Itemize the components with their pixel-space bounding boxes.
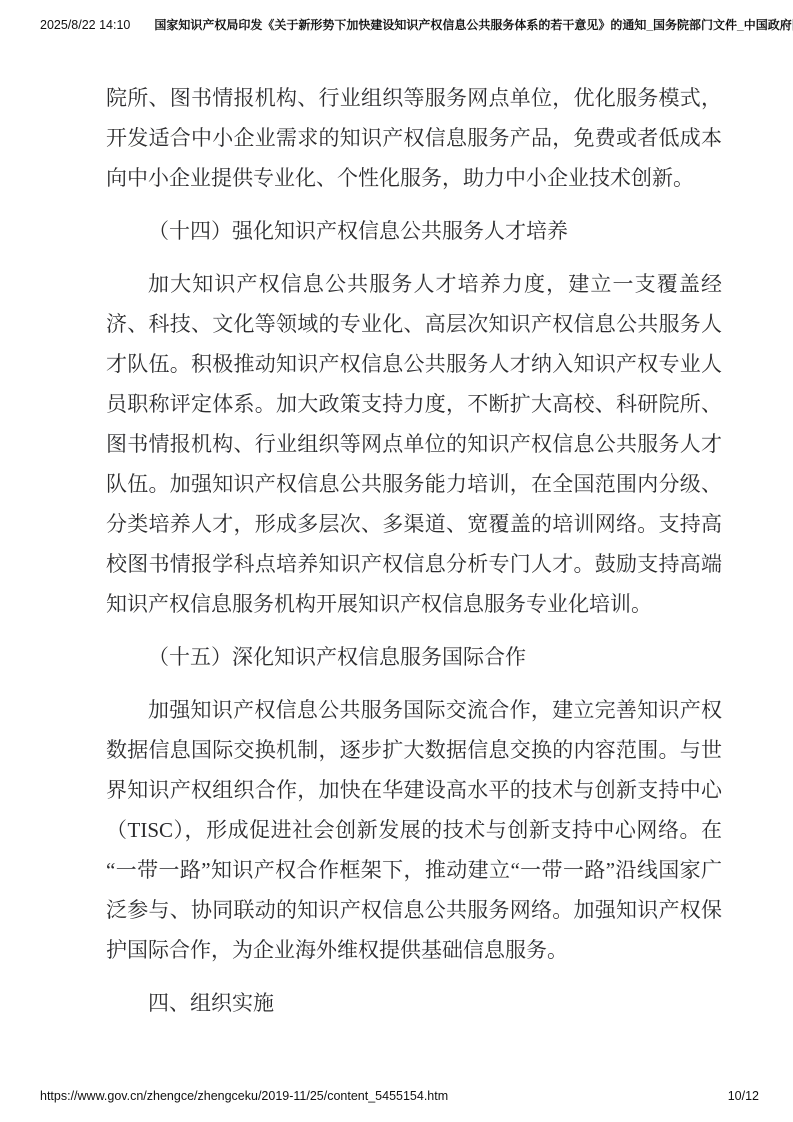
section-heading-fourteen: （十四）强化知识产权信息公共服务人才培养 (106, 211, 722, 251)
source-url: https://www.gov.cn/zhengce/zhengceku/201… (40, 1088, 448, 1104)
section-heading-implementation: 四、组织实施 (106, 983, 722, 1023)
print-timestamp: 2025/8/22 14:10 (40, 17, 130, 33)
section-heading-fifteen: （十五）深化知识产权信息服务国际合作 (106, 637, 722, 677)
printed-page: 2025/8/22 14:10 国家知识产权局印发《关于新形势下加快建设知识产权… (0, 0, 793, 1122)
paragraph-talent-cultivation: 加大知识产权信息公共服务人才培养力度，建立一支覆盖经济、科技、文化等领域的专业化… (106, 264, 722, 624)
document-content: 院所、图书情报机构、行业组织等服务网点单位，优化服务模式，开发适合中小企业需求的… (106, 78, 722, 1036)
paragraph-international-cooperation: 加强知识产权信息公共服务国际交流合作，建立完善知识产权数据信息国际交换机制，逐步… (106, 690, 722, 970)
page-number: 10/12 (728, 1088, 759, 1104)
print-footer: https://www.gov.cn/zhengce/zhengceku/201… (40, 1088, 759, 1104)
print-page-title: 国家知识产权局印发《关于新形势下加快建设知识产权信息公共服务体系的若干意见》的通… (130, 17, 793, 33)
print-header: 2025/8/22 14:10 国家知识产权局印发《关于新形势下加快建设知识产权… (40, 17, 759, 33)
paragraph-continuation: 院所、图书情报机构、行业组织等服务网点单位，优化服务模式，开发适合中小企业需求的… (106, 78, 722, 198)
